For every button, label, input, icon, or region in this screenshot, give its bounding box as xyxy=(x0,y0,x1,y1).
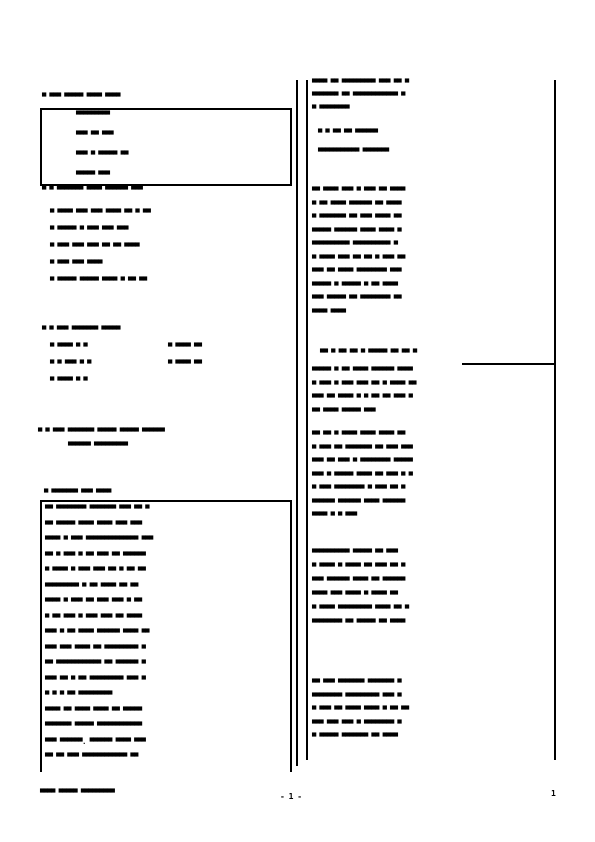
text-line: ▀▀▀▀▀▀ ▀▀▀▀▀▀ ▀▀▀▀ ▀▀▀▀▀▀ xyxy=(312,500,405,507)
page-number-right: 1 xyxy=(551,790,555,797)
list-item: ▀ ▀ ▀▀ ▀▀ ▀▀▀▀▀▀ xyxy=(318,130,377,137)
question-3: ▀ ▀ ▀▀▀ ▀▀▀▀▀▀▀ ▀▀▀▀▀ ▀▀▀▀▀ ▀▀▀▀▀▀ xyxy=(38,429,164,436)
text-line: ▀ ▀▀▀▀ ▀ ▀▀▀▀ ▀▀ ▀▀▀ ▀▀ ▀ xyxy=(312,564,405,571)
answer-line: ▀ ▀▀▀▀▀ ▀▀▀▀▀ ▀▀▀▀ ▀ ▀▀ ▀▀ xyxy=(50,278,147,285)
text-line: ▀ ▀▀ ▀▀▀▀ ▀▀▀▀▀▀ ▀▀ ▀▀▀▀ xyxy=(312,202,401,209)
text-line: ▀▀▀ ▀▀ ▀▀▀▀ ▀ ▀ ▀▀ ▀▀ ▀▀▀ ▀ xyxy=(312,395,412,402)
footer-text: ▀▀▀▀ ▀▀▀▀▀ ▀▀▀▀▀▀▀▀▀ xyxy=(40,790,114,797)
text-line: ▀▀ ▀▀▀▀▀ ▀▀▀▀ ▀▀▀▀ ▀▀▀ ▀▀▀ xyxy=(45,522,142,529)
option-b: ▀ ▀▀▀▀ ▀▀ xyxy=(168,344,201,351)
answer-line: ▀ ▀▀▀ ▀▀▀ ▀▀▀ ▀▀ ▀▀ ▀▀▀▀ xyxy=(50,244,139,251)
text-line: ▀ ▀▀▀▀ ▀▀▀ ▀▀ ▀▀ ▀ ▀▀▀ ▀▀ xyxy=(312,256,405,263)
text-line: ▀▀▀ ▀ ▀▀▀▀▀ ▀▀▀▀ ▀▀ ▀▀▀ ▀ ▀ xyxy=(312,473,412,480)
text-line: ▀▀▀▀▀ ▀ ▀▀▀▀▀ ▀ ▀▀ ▀▀▀▀ xyxy=(312,283,397,290)
options-box: ▀▀▀▀▀▀▀▀▀ ▀▀▀ ▀▀ ▀▀▀ ▀▀▀ ▀ ▀▀▀▀▀ ▀▀ ▀▀▀▀… xyxy=(40,108,292,186)
text-line: ▀▀▀ ▀▀▀▀▀▀ ▀▀▀▀ ▀▀ ▀▀▀▀▀▀ xyxy=(312,578,405,585)
text-line: ▀▀ ▀ ▀▀▀ ▀ ▀▀ ▀▀▀ ▀▀ ▀▀▀▀▀▀ xyxy=(45,553,145,560)
option: ▀▀▀▀▀ ▀▀▀ xyxy=(76,172,109,179)
text-line: ▀▀ ▀▀▀▀ ▀▀▀ ▀ ▀▀▀ ▀▀ ▀▀▀▀ xyxy=(312,188,405,195)
text-line: ▀▀ ▀▀ ▀▀▀ ▀▀▀▀▀▀▀▀▀▀▀▀ ▀▀ xyxy=(45,754,138,761)
column-divider xyxy=(296,80,298,766)
question-3-cont: ▀▀▀▀▀▀ ▀▀▀▀▀▀▀▀▀ xyxy=(68,443,127,450)
column-divider xyxy=(306,80,308,760)
option-c: ▀ ▀ ▀▀▀ ▀ ▀ xyxy=(50,361,91,368)
option-a: ▀ ▀▀▀▀ ▀ ▀ xyxy=(50,344,87,351)
text-line: ▀▀▀ ▀ ▀▀ ▀▀▀▀ ▀▀▀▀▀▀ ▀▀▀▀ ▀▀ xyxy=(45,630,149,637)
text-line: ▀▀▀▀▀▀▀ ▀▀▀▀▀ ▀▀▀▀▀▀▀▀▀▀▀▀ xyxy=(45,723,142,730)
text-line: ▀▀▀ ▀▀ ▀▀▀ ▀ ▀▀▀▀▀▀▀▀ ▀▀▀▀▀ xyxy=(312,459,412,466)
right-border xyxy=(554,80,556,760)
answer-line: ▀ ▀▀▀▀▀ ▀ ▀▀▀ ▀▀▀ ▀▀▀ xyxy=(50,227,128,234)
text-line: ▀▀▀▀ ▀▀▀▀ xyxy=(312,310,345,317)
text-line: ▀▀▀ ▀▀ ▀ ▀▀ ▀▀▀▀▀▀▀▀▀ ▀▀▀ ▀ xyxy=(45,677,145,684)
text-line: ▀ ▀▀▀▀▀▀▀ ▀▀ ▀▀▀ ▀▀▀▀ ▀▀ xyxy=(312,215,401,222)
text-line: ▀ ▀▀▀▀ ▀ ▀▀▀ ▀▀▀ ▀▀ ▀ ▀▀ ▀▀ xyxy=(45,568,145,575)
text-line: ▀▀▀ ▀▀▀ ▀▀▀ ▀ ▀▀▀▀▀▀▀▀ ▀ xyxy=(312,721,401,728)
text-line: ▀ ▀ ▀ ▀▀ ▀▀▀▀▀▀▀▀▀ xyxy=(45,692,112,699)
text-line: ▀▀▀▀▀▀▀▀ ▀▀ ▀▀▀▀▀ ▀▀ ▀▀▀▀ xyxy=(312,620,405,627)
text-line: ▀▀ ▀▀▀▀ ▀▀▀▀▀ ▀▀▀ xyxy=(312,409,375,416)
text-line: ▀▀ ▀▀▀▀▀▀▀▀ ▀▀▀▀▀▀▀ ▀▀▀ ▀▀ ▀ xyxy=(45,506,149,513)
text-line: ▀ ▀▀▀▀ ▀▀▀▀▀▀▀▀▀ ▀▀▀▀ ▀▀ ▀ xyxy=(312,606,409,613)
text-line: ▀▀▀ ▀▀▀▀▀ ▀▀ ▀▀▀▀▀▀▀▀ ▀▀ xyxy=(312,296,401,303)
page-number: - 1 - xyxy=(280,793,302,800)
text-line: ▀▀▀▀▀▀▀▀ ▀▀▀▀▀▀▀▀▀ ▀▀▀ ▀ xyxy=(312,694,401,701)
question-1: ▀ ▀ ▀▀▀▀▀▀▀ ▀▀▀▀ ▀▀▀▀▀▀ ▀▀▀ xyxy=(42,187,142,194)
text-line: ▀ ▀▀▀ ▀▀ ▀▀▀▀ ▀▀▀▀ ▀ ▀▀ ▀▀ xyxy=(312,707,409,714)
text-line: ▀▀▀ ▀▀▀ ▀▀▀▀ ▀▀ ▀▀▀▀▀▀▀▀▀ ▀ xyxy=(45,646,145,653)
text-line: ▀ ▀▀▀▀▀▀▀▀ xyxy=(312,106,349,113)
option-e: ▀ ▀▀▀▀ ▀ ▀ xyxy=(50,378,87,385)
paragraph-first-line: ▀▀ ▀ ▀▀ ▀▀ ▀ ▀▀▀▀▀ ▀▀ ▀▀ ▀ xyxy=(320,350,417,357)
text-line: ▀ ▀▀ ▀▀▀ ▀ ▀▀▀ ▀▀▀ ▀▀ ▀▀▀▀ xyxy=(45,615,142,622)
text-line: ▀▀ ▀▀▀▀▀▀▀▀▀▀▀▀ ▀▀ ▀▀▀▀▀▀ ▀ xyxy=(45,661,145,668)
option: ▀▀▀ ▀ ▀▀▀▀▀ ▀▀ xyxy=(76,152,128,159)
text-line: ▀ ▀▀▀ ▀ ▀▀▀ ▀▀▀ ▀▀ ▀ ▀▀▀▀ ▀▀ xyxy=(312,382,416,389)
text-line: ▀▀▀ ▀▀ ▀▀▀▀ ▀▀▀▀▀▀▀▀ ▀▀▀ xyxy=(312,269,401,276)
option: ▀▀▀ ▀▀ ▀▀▀ xyxy=(76,132,113,139)
text-line: ▀▀▀▀ ▀▀▀ ▀▀▀▀ ▀ ▀▀▀▀ ▀▀ xyxy=(312,592,397,599)
text-line: ▀▀▀▀▀ ▀▀▀▀▀▀ ▀▀▀▀ ▀▀▀▀ ▀ xyxy=(312,229,401,236)
text-line: ▀▀ ▀▀▀ ▀▀▀▀▀▀▀ ▀▀▀▀▀▀▀ ▀ xyxy=(312,680,401,687)
section-title: ▀ ▀▀▀ ▀▀▀▀▀ ▀▀▀▀ ▀▀▀▀ xyxy=(42,94,120,101)
text-line: ▀▀▀▀▀▀▀▀▀▀ ▀▀▀▀▀▀▀▀▀▀ ▀ xyxy=(312,242,397,249)
text-line: ▀▀▀▀▀▀▀▀▀▀ ▀▀▀▀▀ ▀▀ ▀▀▀ xyxy=(312,550,397,557)
text-line: ▀▀▀ ▀▀▀▀▀▀. ▀▀▀▀▀▀ ▀▀▀▀ ▀▀▀ xyxy=(45,739,145,746)
option-d: ▀ ▀▀▀▀ ▀▀ xyxy=(168,361,201,368)
text-line: ▀▀▀▀ ▀ ▀▀▀ ▀▀ ▀▀▀ ▀▀▀ ▀ ▀▀ xyxy=(45,599,142,606)
text-line: ▀▀▀▀ ▀ ▀ ▀▀▀ xyxy=(312,513,357,520)
question-2: ▀ ▀ ▀▀▀ ▀▀▀▀▀▀▀ ▀▀▀▀▀ xyxy=(42,327,120,334)
option: ▀▀▀▀▀▀▀▀▀ xyxy=(76,112,109,119)
horizontal-rule xyxy=(462,363,556,365)
text-line: ▀▀▀▀ ▀ ▀▀▀ ▀▀▀▀▀▀▀▀▀▀▀▀▀▀ ▀▀▀ xyxy=(45,537,153,544)
answer-line: ▀ ▀▀▀ ▀▀▀ ▀▀▀▀ xyxy=(50,261,102,268)
text-line: ▀▀▀▀▀▀▀▀▀ ▀ ▀▀ ▀▀▀▀ ▀▀ ▀▀ xyxy=(45,584,138,591)
text-line: ▀ ▀▀▀ ▀▀▀▀▀▀▀▀ ▀ ▀▀▀ ▀▀ ▀ xyxy=(312,486,405,493)
text-line: ▀ ▀▀▀ ▀▀ ▀▀▀▀▀▀▀ ▀▀ ▀▀▀ ▀▀▀ xyxy=(312,446,412,453)
text-line: ▀ ▀▀▀▀▀ ▀▀▀▀▀▀▀ ▀▀ ▀▀▀▀ xyxy=(312,734,397,741)
list-item: ▀▀▀▀▀▀▀▀▀▀▀ ▀▀▀▀▀▀▀ xyxy=(318,149,389,156)
text-line: ▀▀ ▀▀ ▀ ▀▀▀▀ ▀▀▀▀ ▀▀▀▀ ▀▀ xyxy=(312,432,405,439)
section-title: ▀ ▀▀▀▀▀▀▀ ▀▀▀ ▀▀▀▀ xyxy=(44,490,111,497)
text-line: ▀▀▀▀ ▀▀ ▀▀▀▀▀▀▀▀▀ ▀▀▀ ▀▀ ▀ xyxy=(312,80,409,87)
answer-line: ▀ ▀▀▀▀ ▀▀▀ ▀▀▀ ▀▀▀▀ ▀▀ ▀ ▀▀ xyxy=(50,210,150,217)
text-line: ▀▀▀▀ ▀▀ ▀▀▀▀ ▀▀▀▀ ▀▀ ▀▀▀▀▀ xyxy=(45,708,142,715)
text-line: ▀▀▀▀▀▀▀ ▀▀ ▀▀▀▀▀▀▀▀▀▀▀▀ ▀ xyxy=(312,93,405,100)
text-line: ▀▀▀▀▀ ▀ ▀▀ ▀▀▀▀ ▀▀▀▀▀▀ ▀▀▀▀ xyxy=(312,368,412,375)
